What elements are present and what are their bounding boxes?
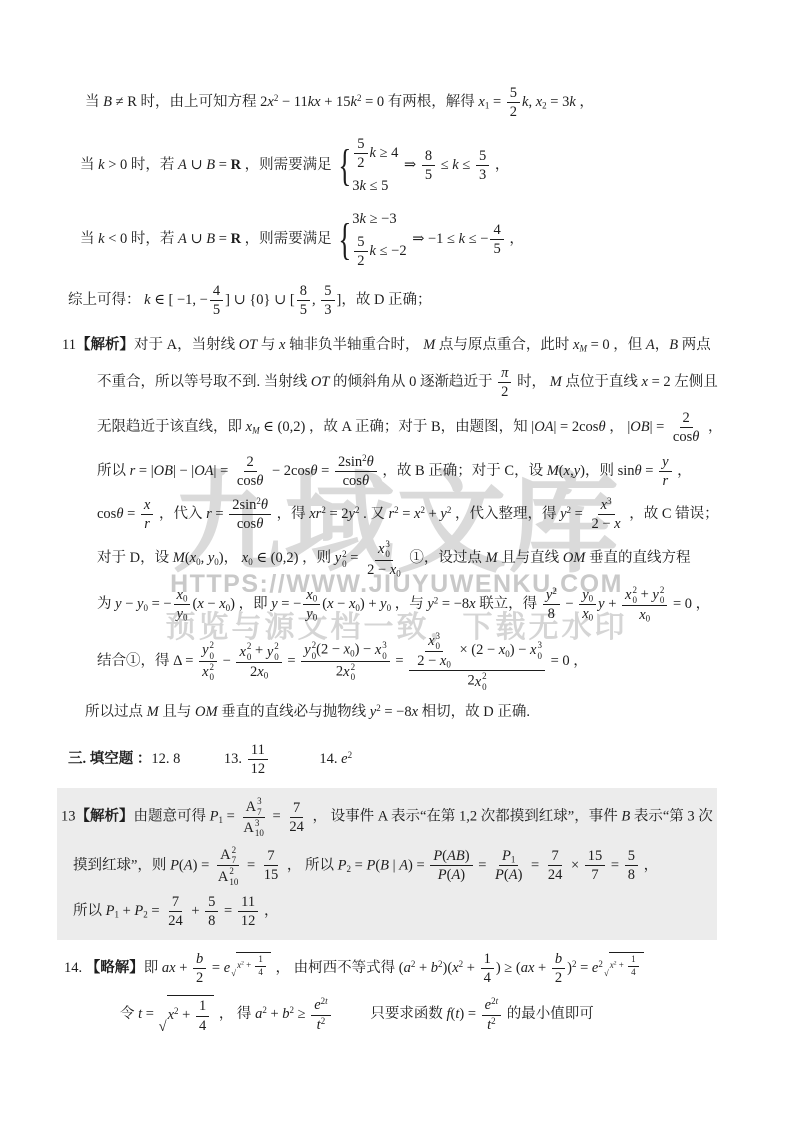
fraction: 53 — [321, 282, 334, 319]
math-variable: x — [475, 674, 481, 690]
text-run: 12 — [251, 761, 266, 777]
fraction: 2sin2θcosθ — [335, 453, 377, 490]
document-page: 九域文库 HTTPS://WWW.JIUYUWENKU.COM 预览与源文档一致… — [0, 0, 793, 1122]
math-variable: OB — [154, 463, 173, 479]
text-run: 8 — [548, 606, 555, 622]
text-run: + — [176, 960, 191, 976]
text-run: 对于 D，设 — [97, 550, 173, 566]
math-variable: r — [662, 473, 668, 489]
text-run: ， | — [606, 419, 631, 435]
subsup-stack: A37 — [246, 796, 262, 817]
fraction: P(AB)P(A) — [430, 847, 472, 884]
text-run: 13 — [61, 809, 76, 825]
text-run: ) = — [193, 857, 213, 873]
text-run: 7 — [591, 867, 598, 883]
text-run: = — [318, 463, 333, 479]
text-run: cos — [237, 516, 256, 532]
text-run: = — [392, 653, 407, 669]
text-run: 结合①，得 Δ = — [97, 653, 197, 669]
math-variable: r — [144, 516, 150, 532]
math-variable: OT — [239, 337, 258, 353]
subscript: 0 — [589, 613, 594, 623]
text-run: ， — [640, 857, 658, 873]
text-run: 5 — [300, 302, 307, 318]
text-run: − — [219, 653, 234, 669]
math-variable: A — [178, 230, 187, 246]
text-run: 2 — [196, 970, 203, 986]
text-run: | = 2cos — [554, 419, 599, 435]
text-run: = − — [278, 596, 302, 612]
superscript: 2t — [491, 997, 498, 1007]
text-run: 0 — [482, 682, 487, 692]
text-run: = — [607, 857, 622, 873]
text-line: 所以 r = |OB| − |OA| = 2cosθ − 2cosθ = 2si… — [97, 453, 793, 490]
text-run: 2 — [467, 673, 474, 689]
text-run: 无限趋近于该直线，即 — [97, 419, 246, 435]
superscript: 2 — [348, 750, 353, 760]
text-run: 10 — [229, 877, 238, 887]
math-variable: OA — [534, 419, 553, 435]
text-run: 点位于直线 — [562, 374, 642, 390]
text-run: 2 — [348, 750, 353, 760]
text-run: ) ≥ ( — [496, 960, 521, 976]
bold-text: 【解析】 — [76, 337, 134, 353]
text-line: 所以 P1 + P2 = 724 + 58 = 1112 ， — [73, 893, 717, 930]
text-run: − — [122, 596, 137, 612]
text-run: 3 — [607, 496, 612, 506]
text-run: 2 — [357, 155, 364, 171]
text-run: 7 — [293, 800, 300, 816]
text-run: 0 — [589, 594, 594, 604]
math-variable: y — [202, 642, 208, 658]
text-run: ⇒ — [400, 157, 419, 173]
text-run: 当 — [80, 230, 98, 246]
text-run: 0 — [183, 613, 188, 623]
text-run: + — [637, 586, 652, 602]
text-run: 2 — [598, 959, 603, 969]
fraction: P1P(A) — [492, 847, 525, 884]
text-run: = 2 — [326, 506, 349, 522]
math-variable: x — [428, 633, 434, 649]
bold-text: R — [231, 157, 241, 173]
text-run: 0 — [589, 613, 594, 623]
math-variable: b — [431, 960, 438, 976]
text-run: 当 — [85, 94, 103, 110]
text-run: 2 — [510, 104, 517, 120]
text-run: ，代入 — [155, 506, 206, 522]
math-variable: P — [438, 867, 447, 883]
text-run: cos — [237, 473, 256, 489]
text-run: = — [347, 550, 362, 566]
fraction: y0x0 — [579, 586, 596, 623]
math-variable: A — [451, 867, 460, 883]
text-run: 点与原点重合，此时 — [435, 337, 573, 353]
text-run: = — [220, 903, 235, 919]
text-run: ≤ — [459, 157, 474, 173]
text-run: cos — [97, 506, 116, 522]
text-run: = — [215, 157, 230, 173]
text-run: 10 — [255, 828, 264, 838]
text-run: 3 — [385, 539, 390, 549]
fraction: x20 + y20x0 — [622, 585, 667, 625]
fraction: 85 — [297, 282, 310, 319]
math-variable: xr — [309, 506, 321, 522]
math-variable: b — [196, 951, 203, 967]
text-run: 2 — [229, 866, 234, 876]
text-run: cos — [343, 473, 362, 489]
subsup-stack: x30 — [378, 539, 390, 560]
math-variable: P — [134, 903, 143, 919]
subsup-stack: x20 — [475, 671, 487, 692]
fraction: x302 − x0 — [414, 631, 454, 671]
text-run: × (2 − — [456, 642, 499, 658]
text-run: ， — [576, 94, 594, 110]
fraction: 2sin2θcosθ — [229, 496, 271, 533]
text-line: 当 B ≠ R 时，由上可知方程 2x2 − 11kx + 15k2 = 0 有… — [85, 84, 793, 121]
subsup-stack: y20 — [267, 641, 279, 662]
text-run: 垂直的直线方程 — [585, 550, 690, 566]
text-run: 11 — [241, 894, 255, 910]
text-run: 0 — [183, 594, 188, 604]
radical: √x2 + 14 — [231, 952, 271, 977]
math-variable: ax — [162, 960, 176, 976]
text-run: ≥ −3 — [366, 211, 397, 227]
text-run: 4 — [493, 222, 500, 238]
text-run: = — [351, 857, 366, 873]
text-run: = — [223, 809, 238, 825]
text-run: 5 — [425, 167, 432, 183]
superscript: √x2 + 14 — [230, 959, 272, 969]
text-line: 令 t = √x2 + 14 ， 得 a2 + b2 ≥ e2tt2只要求函数 … — [120, 995, 793, 1034]
fraction: 724 — [286, 799, 307, 836]
text-run: ) + — [360, 596, 380, 612]
fraction: 724 — [165, 893, 186, 930]
text-run: 11 — [251, 742, 265, 758]
text-run: 0 — [210, 672, 215, 682]
math-variable: x — [530, 642, 536, 658]
text-run: 14. — [64, 960, 86, 976]
text-run: 0 — [396, 568, 401, 578]
text-run: 0 — [351, 672, 356, 682]
cases-group: {3k ≥ −352k ≤ −2 — [334, 209, 407, 270]
fraction: 52 — [354, 135, 367, 172]
subsup-stack: A27 — [220, 845, 236, 866]
text-run: + — [188, 903, 203, 919]
math-variable: P — [495, 867, 504, 883]
fraction: 2cosθ — [670, 409, 702, 446]
math-variable: θ — [362, 473, 369, 489]
fraction: 52 — [507, 84, 520, 121]
math-variable: b — [282, 1006, 289, 1022]
subsup-stack: y20 — [652, 585, 664, 606]
text-run: 1 — [511, 855, 516, 865]
fraction: 157 — [585, 847, 606, 884]
math-variable: M — [579, 344, 586, 354]
text-run: 联立，得 — [476, 596, 541, 612]
fraction: 1112 — [248, 741, 269, 778]
text-line: 摸到红球”，则 P(A) = A27A210 = 715 ， 所以 P2 = P… — [73, 845, 717, 887]
math-variable: A — [646, 337, 655, 353]
text-run: 12 — [241, 913, 256, 929]
subsup-stack: x30 — [375, 640, 387, 661]
text-run: 5 — [493, 241, 500, 257]
fraction: e2tt2 — [482, 996, 501, 1033]
text-line: 三. 填空题 ：12. 813. 111214. e2 — [68, 741, 793, 778]
text-run: 两点 — [678, 337, 711, 353]
text-run: 3 — [479, 167, 486, 183]
text-run: + — [415, 960, 430, 976]
subsup-stack: x30 — [428, 631, 440, 652]
math-variable: M — [550, 374, 562, 390]
text-run: = — [215, 230, 230, 246]
subscript: 0 — [446, 660, 451, 670]
fraction: 14 — [255, 954, 266, 977]
fraction: x32 − x — [588, 496, 623, 533]
text-run: > 0 时，若 — [105, 157, 178, 173]
subscript: 1 — [511, 855, 516, 865]
math-variable: θ — [256, 473, 263, 489]
subscript: 0 — [264, 671, 269, 681]
math-variable: A — [399, 857, 408, 873]
text-run: + — [244, 960, 254, 970]
text-run: | − | — [173, 463, 194, 479]
text-run: = 0 ， — [669, 596, 710, 612]
text-run: = 0 ， — [547, 653, 588, 669]
text-run: ) − — [355, 642, 375, 658]
text-run: = — [475, 857, 490, 873]
math-variable: y — [335, 550, 341, 566]
math-variable: t — [325, 997, 328, 1007]
subsup-stack: y20 — [202, 640, 214, 661]
text-run: ， — [491, 157, 509, 173]
text-run: 当 — [80, 157, 98, 173]
text-run: = — [123, 506, 138, 522]
fraction: 1112 — [238, 893, 259, 930]
cases-group: {52k ≥ 43k ≤ 5 — [334, 135, 399, 196]
text-run: 4 — [484, 970, 491, 986]
text-run: 11 — [62, 337, 76, 353]
text-run: ， — [674, 463, 692, 479]
subsup-stack: x20 — [239, 641, 251, 662]
subsup-stack: A310 — [243, 818, 263, 839]
text-run: 表示“第 3 次 — [630, 809, 713, 825]
text-run: − — [562, 596, 577, 612]
subsup-stack: A210 — [218, 866, 238, 887]
text-run: = 3 — [547, 94, 570, 110]
text-run: ，则需要满足 — [241, 157, 332, 173]
text-run: ，则需要满足 — [241, 230, 332, 246]
text-run: ∪ — [187, 157, 206, 173]
text-run: + — [251, 643, 266, 659]
text-run: − — [204, 596, 219, 612]
text-run: + — [534, 960, 549, 976]
text-run: ∈ (0,2) ，故 A 正确；对于 B，由题图，知 | — [260, 419, 535, 435]
math-variable: M — [547, 463, 559, 479]
text-run: 0 — [264, 671, 269, 681]
text-run: 2 — [555, 970, 562, 986]
text-run: 13. — [224, 751, 246, 767]
text-run: ∈ [ −1, − — [151, 292, 208, 308]
fraction: 58 — [205, 893, 218, 930]
text-run: 0 — [382, 651, 387, 661]
math-variable: x — [378, 541, 384, 557]
text-run: ) — [518, 867, 523, 883]
text-line: 当 k > 0 时，若 A ∪ B = R ，则需要满足{52k ≥ 43k ≤… — [80, 135, 793, 196]
text-run: 3 — [255, 818, 260, 828]
subscript: 0 — [183, 594, 188, 604]
text-run: 2 − — [591, 516, 614, 532]
text-run: 只要求函数 — [370, 1006, 446, 1022]
text-run: = 2 左侧且 — [648, 374, 718, 390]
text-run: 4 — [631, 967, 636, 977]
text-run: + 15 — [321, 94, 351, 110]
fraction: yr — [659, 453, 671, 490]
subsup-stack: x20 — [343, 662, 355, 683]
text-run: 且与 — [159, 704, 195, 720]
text-run: 0 — [436, 641, 441, 651]
subscript: 0 — [313, 594, 318, 604]
subsup-stack: y20 — [304, 640, 316, 661]
fraction: A27A210 — [215, 845, 241, 887]
text-run: 与 — [257, 337, 279, 353]
text-run: 1 — [258, 954, 263, 964]
fraction: y28 — [543, 586, 560, 623]
text-run: 8 — [628, 867, 635, 883]
text-run: ) − — [510, 642, 530, 658]
text-run: ] ∪ {0} ∪ [ — [225, 292, 295, 308]
text-run: ， 所以 — [283, 857, 337, 873]
text-run: ≤ 5 — [366, 178, 388, 194]
text-run: = −8 — [381, 704, 412, 720]
text-run: 2 — [210, 662, 215, 672]
text-run: 2 — [321, 1016, 326, 1026]
radical: √x2 + 14 — [604, 952, 644, 977]
fraction: y20x20 — [199, 640, 217, 682]
fraction: 724 — [545, 847, 566, 884]
text-run: 为 — [97, 596, 115, 612]
math-variable: A — [509, 867, 518, 883]
text-run: ≥ — [294, 1006, 309, 1022]
text-run: + — [179, 1007, 194, 1023]
text-run: ，代入整理，得 — [451, 506, 560, 522]
text-run: 综上可得： — [68, 292, 144, 308]
text-run: 0 — [210, 651, 215, 661]
fraction: 45 — [490, 221, 503, 258]
superscript: 2 — [552, 586, 557, 596]
superscript: 3 — [607, 496, 612, 506]
math-variable: y — [304, 642, 310, 658]
math-variable: b — [555, 951, 562, 967]
text-run: + — [463, 960, 478, 976]
text-run: ，得 — [273, 506, 309, 522]
math-variable: θ — [635, 463, 642, 479]
math-variable: OT — [311, 374, 330, 390]
fraction: 52 — [354, 233, 367, 270]
text-run: 3 — [257, 796, 262, 806]
fraction: y20(2 − x0) − x302x20 — [301, 640, 390, 682]
text-run: 2 − — [417, 653, 440, 669]
text-run: (2 − — [316, 642, 344, 658]
text-run: 2 — [247, 454, 254, 470]
math-variable: kx — [308, 94, 321, 110]
highlight-box: 13【解析】由题意可得 P1 = A37A310 = 724 ， 设事件 A 表… — [57, 788, 717, 940]
text-run: ∪ — [187, 230, 206, 246]
math-variable: B — [206, 157, 215, 173]
text-run: , — [201, 550, 208, 566]
fraction: x302 − x0 — [364, 539, 404, 579]
text-run: 3 — [436, 631, 441, 641]
text-run: = | — [135, 463, 153, 479]
text-run: 且与直线 — [498, 550, 563, 566]
fraction: 14 — [628, 954, 639, 977]
text-run: 2 — [552, 586, 557, 596]
math-variable: x — [239, 644, 245, 660]
text-run: = — [489, 94, 504, 110]
subscript: M — [579, 344, 586, 354]
math-variable: π — [501, 365, 508, 381]
text-run: 3 — [537, 640, 542, 650]
text-run: cos — [673, 429, 692, 445]
text-run: 1 — [199, 998, 206, 1014]
text-run: 7 — [551, 848, 558, 864]
text-run: 2 — [501, 384, 508, 400]
text-run: 2 — [357, 253, 364, 269]
text-run: = — [399, 506, 414, 522]
math-variable: x — [202, 664, 208, 680]
math-variable: P — [433, 848, 442, 864]
math-variable: M — [485, 550, 497, 566]
math-variable: P — [502, 848, 511, 864]
text-run: 8 — [425, 148, 432, 164]
document-content: 当 B ≠ R 时，由上可知方程 2x2 − 11kx + 15k2 = 0 有… — [0, 0, 793, 1035]
text-run: ， — [260, 903, 278, 919]
text-run: × — [567, 857, 582, 873]
text-run: 0 — [660, 595, 665, 605]
subscript: 0 — [396, 568, 401, 578]
text-run: ) = — [459, 1006, 479, 1022]
text-line: 13【解析】由题意可得 P1 = A37A310 = 724 ， 设事件 A 表… — [61, 796, 717, 838]
math-variable: B — [206, 230, 215, 246]
fraction: 14 — [481, 950, 494, 987]
text-run: 所以 — [97, 463, 130, 479]
text-run: ，与 — [391, 596, 427, 612]
text-run: 24 — [289, 819, 304, 835]
text-run: 24 — [168, 913, 183, 929]
text-run: = — [642, 463, 657, 479]
math-variable: x — [343, 664, 349, 680]
text-run: ) — [460, 867, 465, 883]
text-run: ) — [465, 848, 470, 864]
text-run: 不重合，所以等号取不到. 当射线 — [97, 374, 311, 390]
text-run: + — [119, 903, 134, 919]
text-run: ]，故 D 正确； — [337, 292, 432, 308]
fraction: 14 — [196, 997, 209, 1034]
bold-text: 【略解】 — [86, 960, 144, 976]
text-run: 的最小值即可 — [503, 1006, 594, 1022]
fraction: 2cosθ — [234, 453, 266, 490]
text-run: 4 — [213, 283, 220, 299]
text-run: 0 — [446, 660, 451, 670]
text-line: 对于 D，设 M(x0, y0)， x0 ∈ (0,2) ，则 y20 = x3… — [97, 539, 793, 579]
text-run: 0 — [313, 613, 318, 623]
math-variable: OM — [563, 550, 586, 566]
math-variable: x — [625, 587, 631, 603]
math-variable: y — [267, 644, 273, 660]
math-variable: P — [170, 857, 179, 873]
text-run: 2 — [491, 1016, 496, 1026]
text-run: 5 — [357, 136, 364, 152]
fraction: 53 — [476, 147, 489, 184]
